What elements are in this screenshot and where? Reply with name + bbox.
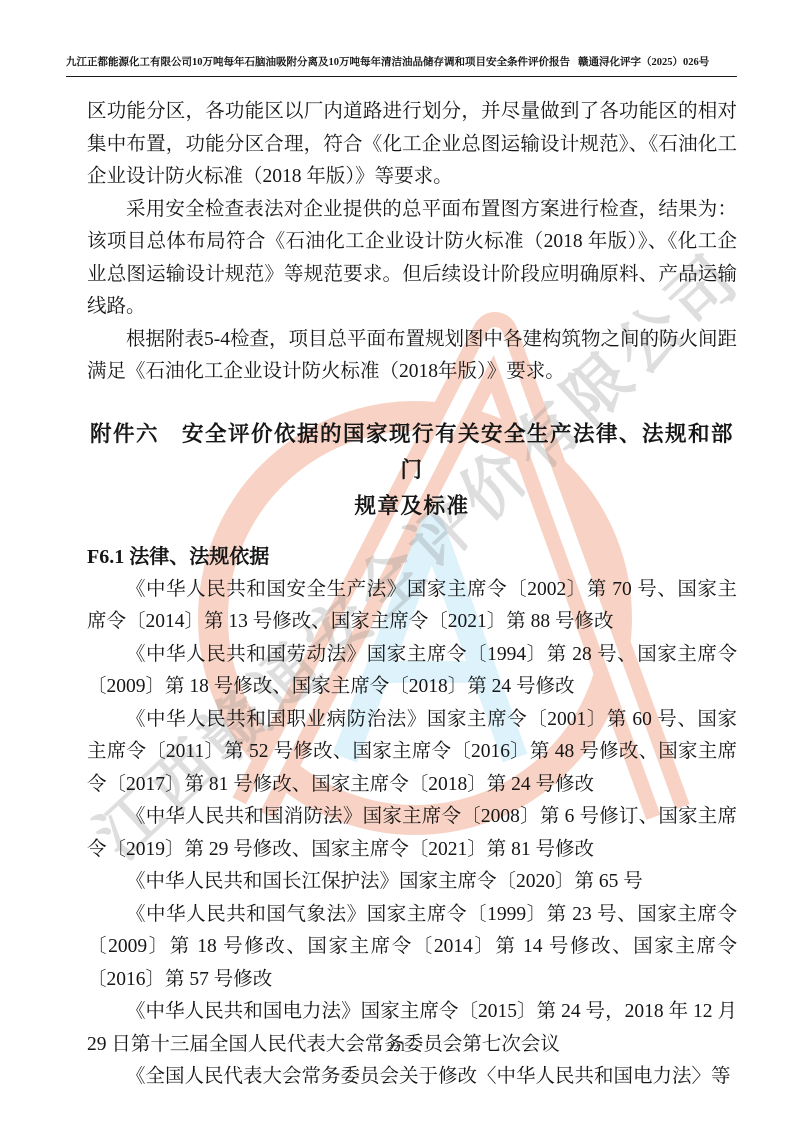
body-paragraph: 区功能分区，各功能区以厂内道路进行划分，并尽量做到了各功能区的相对集中布置，功能… — [87, 96, 737, 194]
law-item: 《中华人民共和国劳动法》国家主席令〔1994〕第 28 号、国家主席令〔2009… — [87, 639, 737, 704]
law-item: 《中华人民共和国气象法》国家主席令〔1999〕第 23 号、国家主席令〔2009… — [87, 899, 737, 997]
body-paragraph: 采用安全检查表法对企业提供的总平面布置图方案进行检查，结果为：该项目总体布局符合… — [87, 194, 737, 324]
body-paragraphs: 区功能分区，各功能区以厂内道路进行划分，并尽量做到了各功能区的相对集中布置，功能… — [87, 96, 737, 389]
law-item: 《中华人民共和国安全生产法》国家主席令〔2002〕第 70 号、国家主席令〔20… — [87, 574, 737, 639]
document-number: 赣通浔化评字（2025）026号 — [578, 57, 709, 68]
law-item: 《中华人民共和国职业病防治法》国家主席令〔2001〕第 60 号、国家主席令〔2… — [87, 704, 737, 802]
body-paragraph: 根据附表5-4检查，项目总平面布置规划图中各建构筑物之间的防火间距满足《石油化工… — [87, 324, 737, 389]
report-title: 九江正都能源化工有限公司10万吨每年石脑油吸附分离及10万吨每年清洁油品储存调和… — [66, 57, 570, 68]
appendix-heading: 附件六 安全评价依据的国家现行有关安全生产法律、法规和部门规章及标准 — [87, 416, 737, 524]
law-item: 《全国人民代表大会常务委员会关于修改〈中华人民共和国电力法〉等 — [87, 1061, 737, 1094]
law-item: 《中华人民共和国消防法》国家主席令〔2008〕第 6 号修订、国家主席令〔201… — [87, 801, 737, 866]
page-header: 九江正都能源化工有限公司10万吨每年石脑油吸附分离及10万吨每年清洁油品储存调和… — [66, 54, 737, 77]
appendix-heading-line: 规章及标准 — [87, 488, 737, 524]
appendix-heading-line: 附件六 安全评价依据的国家现行有关安全生产法律、法规和部门 — [87, 416, 737, 488]
law-item: 《中华人民共和国长江保护法》国家主席令〔2020〕第 65 号 — [87, 866, 737, 899]
page-footer: 221 — [0, 1040, 793, 1055]
document-page: 江西赣通安全评价有限公司 九江正都能源化工有限公司10万吨每年石脑油吸附分离及1… — [0, 0, 793, 1122]
document-body: 区功能分区，各功能区以厂内道路进行划分，并尽量做到了各功能区的相对集中布置，功能… — [87, 96, 737, 1094]
page-number: 221 — [387, 1040, 406, 1054]
law-list: 《中华人民共和国安全生产法》国家主席令〔2002〕第 70 号、国家主席令〔20… — [87, 574, 737, 1094]
section-heading: F6.1 法律、法规依据 — [87, 541, 737, 574]
